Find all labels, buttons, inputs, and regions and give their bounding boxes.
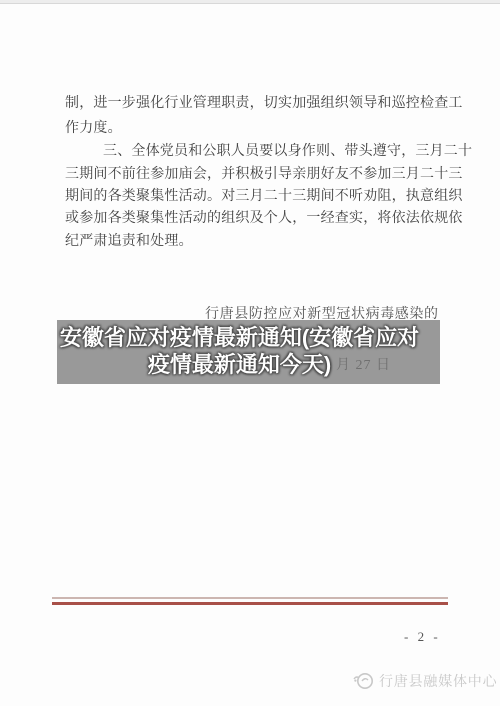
headline-title-line1: 安徽省应对疫情最新通知(安徽省应对 [57, 324, 422, 351]
scanned-document-page: 制，进一步强化行业管理职责，切实加强组织领导和巡控检查工 作力度。 三、全体党员… [0, 0, 500, 706]
footer-rule-thin [52, 597, 448, 599]
watermark-text: 行唐县融媒体中心 [379, 671, 497, 691]
headline-title-line2: 疫情最新通知今天) [57, 351, 422, 378]
document-text-line: 或参加各类聚集性活动的组织及个人，一经查实，将依法依规依 [65, 211, 463, 227]
media-center-logo-icon [352, 670, 374, 692]
headline-overlay-banner: 安徽省应对疫情最新通知(安徽省应对 疫情最新通知今天) [57, 320, 440, 384]
document-text-line: 纪严肃追责和处理。 [65, 234, 193, 250]
page-top-edge [0, 0, 500, 4]
footer-rule-red [52, 602, 448, 605]
page-number: - 2 - [404, 629, 441, 645]
document-text-line: 作力度。 [65, 121, 122, 137]
watermark: 行唐县融媒体中心 [352, 670, 497, 692]
document-text-line: 制，进一步强化行业管理职责，切实加强组织领导和巡控检查工 [65, 96, 463, 112]
document-text-line: 三期间不前往参加庙会，并积极引导亲朋好友不参加三月二十三 [65, 167, 463, 183]
document-text-line: 三、全体党员和公职人员要以身作则、带头遵守，三月二十 [103, 144, 472, 160]
document-text-line: 期间的各类聚集性活动。对三月二十三期间不听劝阻，执意组织 [65, 189, 463, 205]
